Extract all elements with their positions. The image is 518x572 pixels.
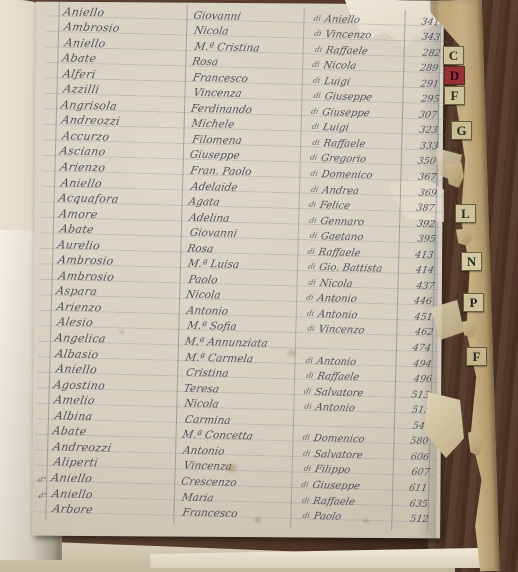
paternity-prefix: di	[303, 386, 312, 395]
paternity-name	[308, 340, 310, 351]
page-number-cell: 395	[409, 234, 445, 246]
paternity-prefix: di	[303, 464, 312, 473]
paternity-prefix: di	[308, 200, 317, 209]
given-name-cell: Francesco	[176, 506, 299, 521]
index-tab-letter: C	[449, 49, 458, 62]
page-number-cell: 635	[401, 498, 437, 510]
index-tab-letter: N	[467, 255, 476, 268]
paternity-prefix	[304, 340, 306, 349]
index-tab: D	[444, 66, 465, 85]
paternity-prefix: di	[312, 138, 321, 147]
index-tab: P	[463, 293, 484, 312]
paternity-prefix: di	[313, 13, 322, 22]
page-number-cell: 437	[408, 280, 444, 292]
paternity-prefix	[304, 418, 306, 427]
index-tab-letter: D	[450, 69, 459, 82]
paternity-prefix: di	[312, 60, 321, 69]
paternity-prefix: di	[308, 278, 317, 287]
paternity-name: Filippo	[314, 464, 351, 476]
page-number-cell: 496	[405, 374, 441, 386]
page-number-cell: 307	[410, 109, 446, 121]
paternity-prefix: di	[310, 184, 319, 193]
page-number-cell: 446	[405, 296, 441, 308]
paternity-prefix: di	[306, 371, 315, 380]
paternity-prefix: di	[305, 355, 314, 364]
paternity-prefix: di	[311, 122, 320, 131]
index-tab: F	[444, 86, 465, 105]
ledger-table: Aniello Giovanni diAniello 341 Ambrosio …	[33, 1, 448, 531]
paternity-prefix: di	[309, 231, 318, 240]
paternity-prefix: di	[306, 293, 315, 302]
paternity-prefix: di	[302, 449, 311, 458]
index-tab: F	[466, 347, 487, 366]
paternity-prefix: di	[306, 309, 315, 318]
paternity-name: Felice	[319, 200, 351, 212]
paternity-name	[308, 418, 310, 429]
index-tab-letter: P	[470, 296, 478, 309]
paternity-prefix: di	[304, 402, 313, 411]
index-tab-letter: F	[473, 350, 481, 363]
paternity-name: Nicola	[319, 278, 354, 290]
page-number-cell: 289	[411, 63, 447, 75]
paternity-name: Luigi	[323, 76, 351, 88]
index-tab: C	[443, 46, 464, 65]
page-number-cell: 606	[402, 451, 438, 463]
page-number-cell: 512	[402, 513, 438, 525]
paternity-prefix: di	[301, 480, 310, 489]
index-tab: N	[461, 252, 482, 271]
page-number-cell: 387	[408, 203, 444, 215]
surname-cell: Arbore	[47, 502, 178, 518]
index-tab-letter: G	[456, 124, 466, 137]
paternity-name: Paolo	[313, 511, 343, 523]
paternity-prefix: di	[302, 511, 311, 520]
index-tab-letter: F	[451, 89, 459, 102]
paternity-prefix: di	[302, 433, 311, 442]
page-number-cell: 611	[401, 482, 437, 494]
paternity-prefix: di	[312, 76, 321, 85]
page-number-cell: 343	[413, 32, 449, 44]
page-number-cell: 607	[403, 467, 439, 479]
paternity-prefix: di	[307, 262, 316, 271]
paternity-prefix: di	[307, 247, 316, 256]
paternity-cell: diPaolo	[298, 511, 404, 525]
paternity-prefix: di	[310, 107, 319, 116]
page-number-cell: 494	[405, 358, 441, 370]
paternity-prefix: di	[309, 215, 318, 224]
paternity-prefix: di	[301, 495, 310, 504]
paternity-name: Nicola	[323, 60, 358, 72]
page-number-cell: 392	[408, 218, 444, 230]
paternity-prefix: di	[313, 29, 322, 38]
paternity-name: Aniello	[324, 14, 361, 26]
page-number-cell: 413	[407, 249, 443, 261]
paternity-prefix: di	[309, 153, 318, 162]
paternity-prefix: di	[310, 169, 319, 178]
page-number-cell: 323	[411, 125, 447, 137]
index-tab: G	[451, 121, 472, 140]
page-number-cell: 474	[404, 342, 440, 354]
index-tab: L	[455, 204, 476, 223]
page-number-cell: 369	[410, 187, 446, 199]
paternity-prefix: di	[307, 324, 316, 333]
page-number-cell: 291	[412, 78, 448, 90]
index-tab-letter: L	[461, 207, 470, 220]
paternity-prefix: di	[313, 91, 322, 100]
page-number-cell: 414	[407, 265, 443, 277]
ledger-rows: Aniello Giovanni diAniello 341 Ambrosio …	[33, 2, 448, 525]
paternity-name: Luigi	[322, 122, 350, 134]
book-photo: Aniello Giovanni diAniello 341 Ambrosio …	[0, 0, 518, 572]
paternity-prefix: di	[314, 45, 323, 54]
